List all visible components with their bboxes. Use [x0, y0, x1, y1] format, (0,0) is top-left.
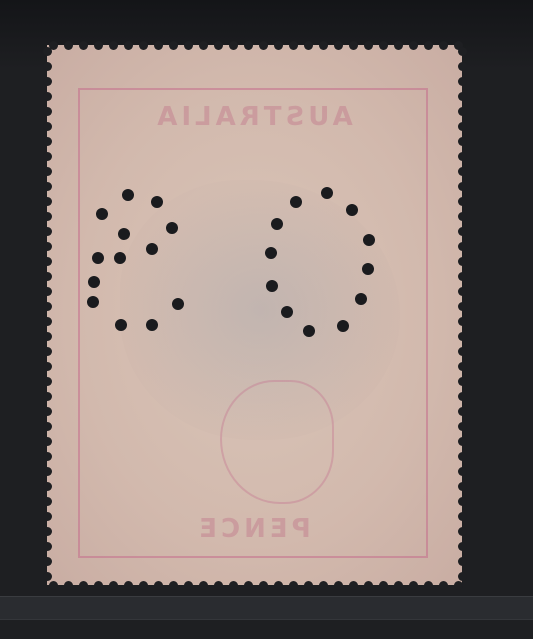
perfin-hole: [265, 247, 277, 259]
perforation-tooth: [139, 581, 148, 590]
perforation-tooth: [319, 581, 328, 590]
perforation-tooth: [458, 377, 467, 386]
perforation-tooth: [439, 41, 448, 50]
perforation-tooth: [439, 581, 448, 590]
perforation-tooth: [458, 347, 467, 356]
perforation-tooth: [43, 422, 52, 431]
perforation-tooth: [458, 182, 467, 191]
perfin-hole: [87, 296, 99, 308]
perforation-tooth: [43, 302, 52, 311]
perforation-tooth: [43, 107, 52, 116]
perforation-tooth: [43, 287, 52, 296]
perforation-tooth: [43, 152, 52, 161]
perforation-tooth: [43, 482, 52, 491]
perforation-tooth: [43, 77, 52, 86]
perforation-tooth: [43, 272, 52, 281]
perforation-tooth: [79, 581, 88, 590]
bottom-lettering-showthrough: PENCE: [80, 514, 426, 544]
perfin-hole: [362, 263, 374, 275]
perforation-tooth: [458, 92, 467, 101]
perforation-tooth: [109, 41, 118, 50]
perforation-tooth: [43, 452, 52, 461]
perforation-tooth: [43, 527, 52, 536]
perforation-tooth: [43, 362, 52, 371]
perforation-tooth: [244, 581, 253, 590]
perfin-hole: [88, 276, 100, 288]
perforation-tooth: [154, 581, 163, 590]
background-mount-strip: [0, 596, 533, 620]
perfin-hole: [271, 218, 283, 230]
perforation-tooth: [458, 257, 467, 266]
perforation-tooth: [458, 107, 467, 116]
perforation-tooth: [458, 482, 467, 491]
perforation-tooth: [43, 197, 52, 206]
perforation-tooth: [458, 227, 467, 236]
perforation-tooth: [43, 332, 52, 341]
perfin-hole: [151, 196, 163, 208]
perforation-tooth: [379, 41, 388, 50]
perforation-tooth: [458, 122, 467, 131]
perforation-tooth: [458, 452, 467, 461]
perforation-tooth: [43, 182, 52, 191]
perfin-hole: [281, 306, 293, 318]
perforation-tooth: [458, 47, 467, 56]
perforation-tooth: [64, 581, 73, 590]
perforation-tooth: [458, 287, 467, 296]
perforation-tooth: [154, 41, 163, 50]
perforation-tooth: [94, 41, 103, 50]
perforation-tooth: [43, 317, 52, 326]
perfin-hole: [118, 228, 130, 240]
perfin-hole: [172, 298, 184, 310]
perforation-tooth: [334, 581, 343, 590]
perforation-tooth: [43, 227, 52, 236]
perforation-tooth: [458, 407, 467, 416]
perforation-tooth: [458, 152, 467, 161]
perforation-tooth: [229, 581, 238, 590]
perfin-hole: [321, 187, 333, 199]
perforation-tooth: [43, 47, 52, 56]
perforation-tooth: [109, 581, 118, 590]
perforation-tooth: [458, 392, 467, 401]
perforation-tooth: [274, 41, 283, 50]
perforation-tooth: [94, 581, 103, 590]
perfin-hole: [115, 319, 127, 331]
perforation-tooth: [214, 581, 223, 590]
perfin-hole: [346, 204, 358, 216]
perforation-tooth: [458, 512, 467, 521]
perforation-tooth: [424, 41, 433, 50]
perforation-tooth: [199, 581, 208, 590]
perforation-tooth: [458, 197, 467, 206]
perforation-tooth: [43, 572, 52, 581]
perfin-hole: [122, 189, 134, 201]
perforation-tooth: [184, 41, 193, 50]
perforation-tooth: [364, 41, 373, 50]
perforation-tooth: [394, 581, 403, 590]
perforation-tooth: [43, 542, 52, 551]
perforation-tooth: [43, 242, 52, 251]
perforation-tooth: [458, 332, 467, 341]
perforation-tooth: [43, 137, 52, 146]
perforation-tooth: [334, 41, 343, 50]
perforation-tooth: [49, 581, 58, 590]
perforation-tooth: [409, 41, 418, 50]
perfin-hole: [92, 252, 104, 264]
perforation-tooth: [364, 581, 373, 590]
perforation-tooth: [379, 581, 388, 590]
perforation-tooth: [43, 92, 52, 101]
perforation-tooth: [409, 581, 418, 590]
perforation-tooth: [289, 41, 298, 50]
kangaroo-showthrough: [220, 380, 334, 504]
perfin-hole: [337, 320, 349, 332]
perforation-tooth: [79, 41, 88, 50]
perforation-tooth: [458, 422, 467, 431]
perfin-hole: [96, 208, 108, 220]
perforation-tooth: [124, 581, 133, 590]
perfin-hole: [303, 325, 315, 337]
perforation-tooth: [458, 212, 467, 221]
perforation-tooth: [304, 41, 313, 50]
perforation-tooth: [458, 62, 467, 71]
perforation-tooth: [169, 581, 178, 590]
perforation-tooth: [244, 41, 253, 50]
perforation-tooth: [458, 542, 467, 551]
perforation-tooth: [274, 581, 283, 590]
perforation-tooth: [458, 302, 467, 311]
perforation-tooth: [43, 212, 52, 221]
perforation-tooth: [458, 572, 467, 581]
perforation-tooth: [43, 257, 52, 266]
perforation-tooth: [458, 557, 467, 566]
perforation-tooth: [43, 557, 52, 566]
perforation-tooth: [43, 377, 52, 386]
perfin-hole: [146, 243, 158, 255]
perforation-tooth: [43, 437, 52, 446]
perforation-tooth: [349, 41, 358, 50]
perforation-tooth: [458, 362, 467, 371]
perforation-tooth: [458, 272, 467, 281]
perforation-tooth: [289, 581, 298, 590]
perforation-tooth: [43, 392, 52, 401]
perfin-hole: [266, 280, 278, 292]
perforation-tooth: [424, 581, 433, 590]
perforation-tooth: [124, 41, 133, 50]
perfin-hole: [363, 234, 375, 246]
perforation-tooth: [458, 497, 467, 506]
perforation-tooth: [214, 41, 223, 50]
perfin-hole: [146, 319, 158, 331]
perforation-tooth: [199, 41, 208, 50]
perforation-tooth: [139, 41, 148, 50]
perforation-tooth: [43, 62, 52, 71]
perforation-tooth: [458, 527, 467, 536]
perforation-tooth: [43, 122, 52, 131]
perforation-tooth: [43, 497, 52, 506]
perforation-tooth: [43, 512, 52, 521]
perforation-tooth: [458, 242, 467, 251]
perforation-tooth: [458, 167, 467, 176]
perforation-tooth: [304, 581, 313, 590]
perforation-tooth: [64, 41, 73, 50]
perforation-tooth: [184, 581, 193, 590]
perforation-tooth: [43, 407, 52, 416]
perforation-tooth: [43, 467, 52, 476]
perforation-tooth: [454, 581, 463, 590]
perforation-tooth: [394, 41, 403, 50]
perfin-hole: [290, 196, 302, 208]
perfin-hole: [114, 252, 126, 264]
perfin-hole: [166, 222, 178, 234]
perforation-tooth: [259, 581, 268, 590]
top-lettering-showthrough: AUSTRALIA: [80, 102, 426, 132]
perforation-tooth: [458, 317, 467, 326]
perforation-tooth: [458, 77, 467, 86]
perforation-tooth: [349, 581, 358, 590]
perforation-tooth: [458, 137, 467, 146]
perforation-tooth: [458, 437, 467, 446]
perfin-hole: [355, 293, 367, 305]
perforation-tooth: [43, 167, 52, 176]
perforation-tooth: [458, 467, 467, 476]
perforation-tooth: [319, 41, 328, 50]
perforation-tooth: [229, 41, 238, 50]
perforation-tooth: [169, 41, 178, 50]
perforation-tooth: [43, 347, 52, 356]
perforation-tooth: [259, 41, 268, 50]
